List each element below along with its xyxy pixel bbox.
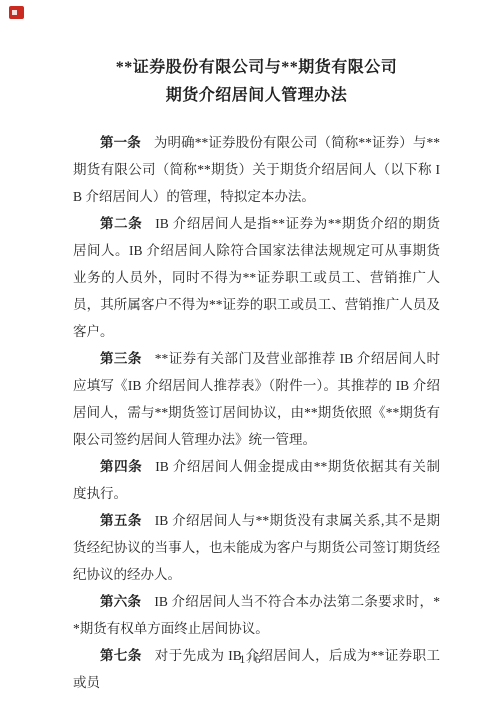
article-paragraph-5: 第五条IB 介绍居间人与**期货没有隶属关系,其不是期货经纪协议的当事人，也未能… — [73, 507, 440, 588]
article-paragraph-3: 第三条**证券有关部门及营业部推荐 IB 介绍居间人时应填写《IB 介绍居间人推… — [73, 345, 440, 453]
article-paragraph-1: 第一条为明确**证券股份有限公司（简称**证券）与**期货有限公司（简称**期货… — [73, 129, 440, 210]
title-line-1: **证券股份有限公司与**期货有限公司 — [73, 54, 440, 82]
page-number: 1 / 6 — [0, 652, 500, 667]
article-number: 第三条 — [100, 351, 155, 366]
article-number: 第五条 — [100, 513, 155, 528]
document-page: **证券股份有限公司与**期货有限公司 期货介绍居间人管理办法 第一条为明确**… — [0, 0, 500, 707]
article-paragraph-6: 第六条IB 介绍居间人当不符合本办法第二条要求时，**期货有权单方面终止居间协议… — [73, 588, 440, 642]
document-title: **证券股份有限公司与**期货有限公司 期货介绍居间人管理办法 — [73, 54, 440, 109]
article-paragraph-7: 第七条对于先成为 IB 介绍居间人，后成为**证券职工或员 — [73, 642, 440, 696]
article-number: 第一条 — [100, 135, 154, 150]
article-paragraph-2: 第二条IB 介绍居间人是指**证券为**期货介绍的期货居间人。IB 介绍居间人除… — [73, 210, 440, 345]
red-logo-icon — [9, 6, 24, 19]
article-number: 第二条 — [100, 216, 155, 231]
document-body: 第一条为明确**证券股份有限公司（简称**证券）与**期货有限公司（简称**期货… — [73, 129, 440, 696]
article-paragraph-4: 第四条IB 介绍居间人佣金提成由**期货依据其有关制度执行。 — [73, 453, 440, 507]
article-number: 第四条 — [100, 459, 155, 474]
article-number: 第六条 — [100, 594, 154, 609]
title-line-2: 期货介绍居间人管理办法 — [73, 82, 440, 110]
article-text: IB 介绍居间人是指**证券为**期货介绍的期货居间人。IB 介绍居间人除符合国… — [73, 216, 440, 339]
document-content: **证券股份有限公司与**期货有限公司 期货介绍居间人管理办法 第一条为明确**… — [73, 54, 440, 696]
